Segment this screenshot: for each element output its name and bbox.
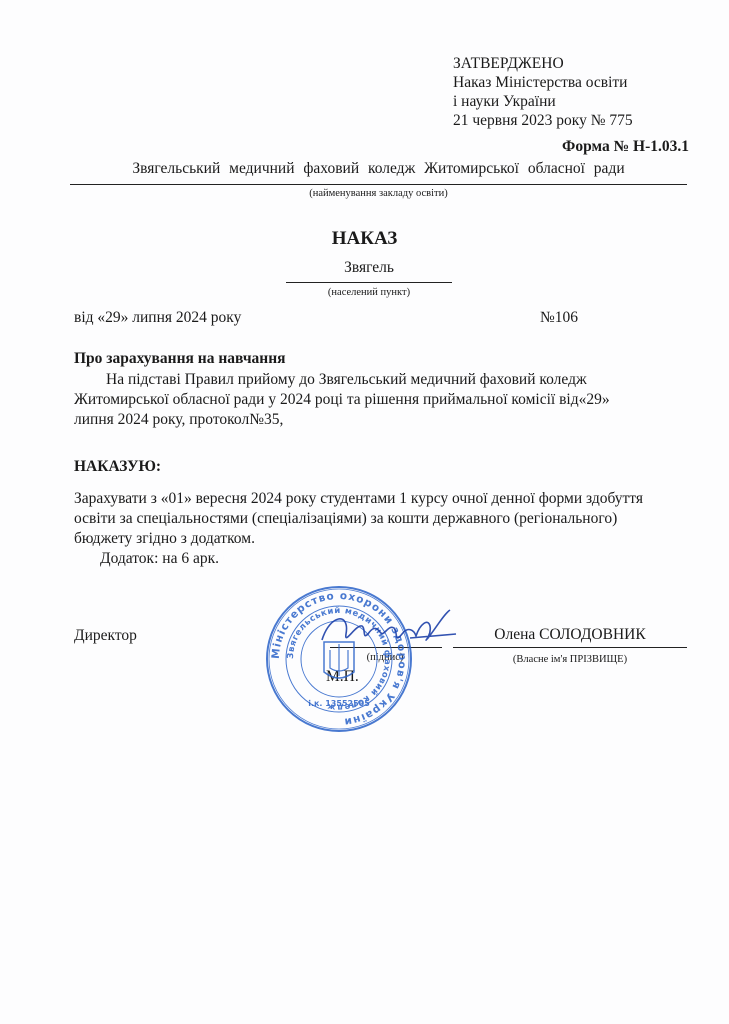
- approval-line: 21 червня 2023 року № 775: [453, 111, 633, 130]
- signer-position: Директор: [74, 627, 137, 645]
- approval-line: і науки України: [453, 92, 633, 111]
- order-heading: НАКАЗУЮ:: [74, 458, 161, 476]
- document-subject: Про зарахування на навчання: [74, 350, 286, 368]
- institution-caption: (найменування закладу освіти): [70, 188, 687, 199]
- form-number: Форма № Н-1.03.1: [562, 138, 689, 156]
- preamble-text: На підставі Правил прийому до Звягельськ…: [74, 370, 634, 430]
- document-title: НАКАЗ: [0, 228, 729, 250]
- appendix-note: Додаток: на 6 арк.: [100, 550, 219, 568]
- place-caption: (населений пункт): [286, 287, 452, 298]
- approval-line: ЗАТВЕРДЖЕНО: [453, 54, 633, 73]
- handwritten-signature-icon: [310, 604, 460, 654]
- approval-line: Наказ Міністерства освіти: [453, 73, 633, 92]
- document-number: №106: [540, 309, 578, 327]
- approval-block: ЗАТВЕРДЖЕНО Наказ Міністерства освіти і …: [453, 54, 633, 130]
- name-line: [453, 647, 687, 648]
- svg-text:і.к. 13552505: і.к. 13552505: [308, 698, 370, 708]
- divider: [286, 282, 452, 283]
- divider: [70, 184, 687, 185]
- document-date: від «29» липня 2024 року: [74, 309, 241, 327]
- institution-name: Звягельський медичний фаховий коледж Жит…: [70, 160, 687, 178]
- name-caption: (Власне ім'я ПРІЗВИЩЕ): [453, 654, 687, 665]
- place-name: Звягель: [286, 259, 452, 277]
- order-text: Зарахувати з «01» вересня 2024 року студ…: [74, 489, 654, 549]
- signer-name: Олена СОЛОДОВНИК: [453, 626, 687, 644]
